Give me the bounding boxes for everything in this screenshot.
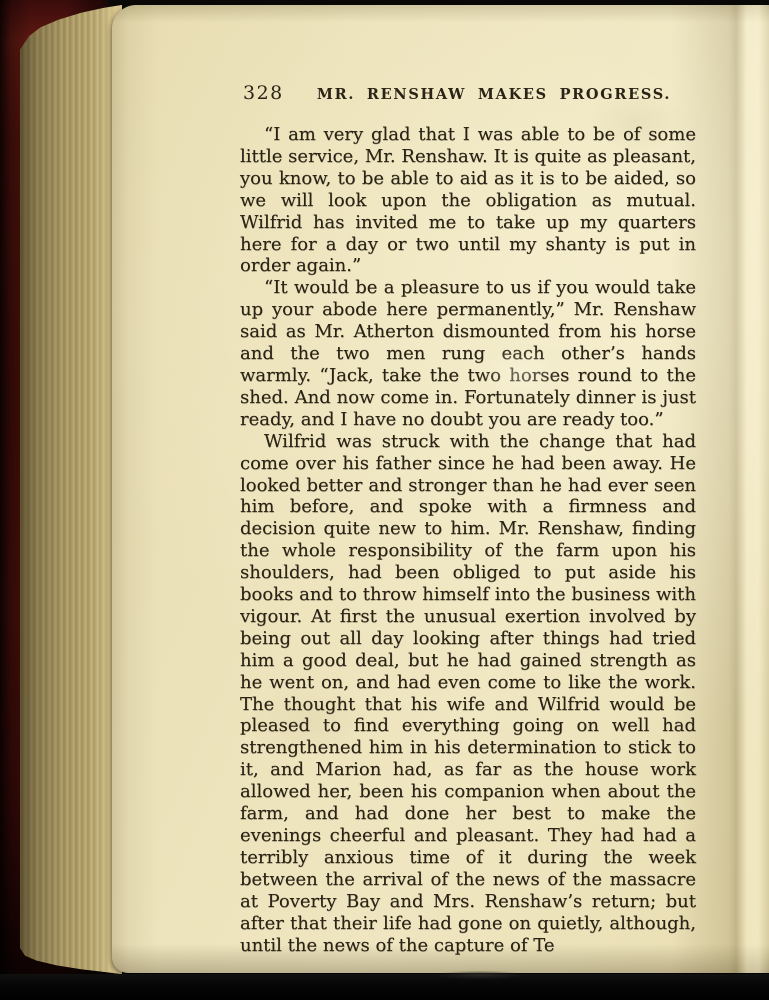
page-edge-stack <box>20 5 122 977</box>
paragraph: “I am very glad that I was able to be of… <box>240 124 696 277</box>
paragraph: “It would be a pleasure to us if you wou… <box>240 277 696 430</box>
book-page: 328 MR. RENSHAW MAKES PROGRESS. “I am ve… <box>112 5 769 973</box>
book-scan: 328 MR. RENSHAW MAKES PROGRESS. “I am ve… <box>0 0 769 1000</box>
page-header: 328 MR. RENSHAW MAKES PROGRESS. <box>240 82 696 108</box>
scan-bed-bottom <box>0 974 769 1000</box>
page-number: 328 <box>243 82 284 104</box>
page-body: “I am very glad that I was able to be of… <box>240 124 696 956</box>
running-header: MR. RENSHAW MAKES PROGRESS. <box>317 86 671 103</box>
paragraph: Wilfrid was struck with the change that … <box>240 431 696 957</box>
